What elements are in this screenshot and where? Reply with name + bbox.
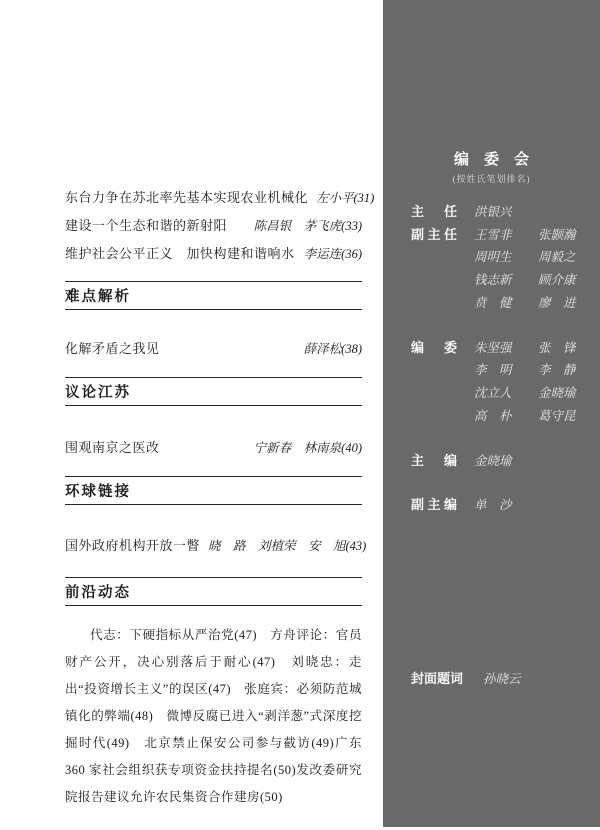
board-member-name: 金晓瑜: [474, 451, 526, 469]
board-member-name: 张 锋: [538, 338, 590, 356]
board-member-name: 葛守昆: [538, 406, 590, 424]
board-role-label: 副主编: [411, 494, 457, 513]
editorial-board-sidebar: 编委会 (按姓氏笔划排名) 主任 洪银兴 副主任 王雪非 张颢瀚 周明生 周毅之…: [383, 0, 600, 827]
board-row: 高 朴 葛守昆: [411, 406, 600, 429]
cover-credit-label: 封面题词: [411, 668, 463, 687]
article-title: 建设一个生态和谐的新射阳: [65, 215, 227, 234]
section-title: 难点解析: [65, 285, 131, 306]
section-header-band: 议论江苏: [65, 377, 362, 406]
board-member-name: 单 沙: [474, 495, 526, 513]
board-row: 贲 健 廖 进: [411, 293, 600, 316]
board-row: 主任 洪银兴: [411, 201, 600, 224]
board-member-name: 金晓瑜: [538, 383, 590, 401]
toc-article-row: 建设一个生态和谐的新射阳 陈昌银 茅飞虎(33): [65, 215, 362, 243]
board-member-name: 廖 进: [538, 293, 590, 311]
section-header-band: 环球链接: [65, 476, 362, 505]
toc-top-article-list: 东台力争在苏北率先基本实现农业机械化 左小平(31) 建设一个生态和谐的新射阳 …: [65, 187, 362, 271]
editorial-board-rows: 主任 洪银兴 副主任 王雪非 张颢瀚 周明生 周毅之 钱志新 顾介康 贲 健 廖…: [383, 201, 600, 517]
toc-article-row: 维护社会公平正义 加快构建和谐响水 李运连(36): [65, 243, 362, 271]
cover-calligraphy-credit: 封面题词 孙晓云: [411, 668, 521, 687]
article-author-page: 宁新春 林南泉(40): [254, 438, 362, 456]
board-member-name: 朱坚强: [474, 338, 526, 356]
article-title: 化解矛盾之我见: [65, 338, 160, 357]
board-member-name: 李 明: [474, 360, 526, 378]
board-member-name: 顾介康: [538, 270, 590, 288]
cover-credit-name: 孙晓云: [483, 669, 521, 687]
board-member-name: 贲 健: [474, 293, 526, 311]
section-title: 环球链接: [65, 480, 131, 501]
article-author-page: 左小平(31): [316, 188, 374, 206]
board-member-name: 周毅之: [538, 247, 590, 265]
board-row: 李 明 李 静: [411, 360, 600, 383]
article-title: 围观南京之医改: [65, 437, 160, 456]
section-title: 议论江苏: [65, 381, 131, 402]
board-row: 编委 朱坚强 张 锋: [411, 337, 600, 360]
board-role-label: 主编: [411, 450, 457, 469]
section-title: 前沿动态: [65, 581, 131, 602]
board-member-name: 王雪非: [474, 225, 526, 243]
board-member-name: 洪银兴: [474, 202, 526, 220]
article-title: 东台力争在苏北率先基本实现农业机械化: [65, 187, 308, 206]
toc-article-row: 东台力争在苏北率先基本实现农业机械化 左小平(31): [65, 187, 362, 215]
board-row: 主编 金晓瑜: [411, 450, 600, 473]
article-author-page: 李运连(36): [304, 244, 362, 262]
toc-article-row: 化解矛盾之我见 薛泽松(38): [65, 338, 362, 366]
board-member-name: 周明生: [474, 247, 526, 265]
board-row: 副主任 王雪非 张颢瀚: [411, 224, 600, 247]
article-title: 维护社会公平正义 加快构建和谐响水: [65, 243, 295, 262]
article-author-page: 薛泽松(38): [304, 339, 362, 357]
section-header-band: 前沿动态: [65, 577, 362, 606]
toc-article-row: 围观南京之医改 宁新春 林南泉(40): [65, 437, 362, 465]
board-role-label: 主任: [411, 201, 457, 220]
article-author-page: 陈昌银 茅飞虎(33): [254, 216, 362, 234]
board-row: 钱志新 顾介康: [411, 270, 600, 293]
board-row: 沈立人 金晓瑜: [411, 383, 600, 406]
board-row: 副主编 单 沙: [411, 494, 600, 517]
board-member-name: 李 静: [538, 360, 590, 378]
article-author-page: 晓 路 刘植荣 安 旭(43): [208, 536, 366, 554]
board-member-name: 高 朴: [474, 406, 526, 424]
board-row: 周明生 周毅之: [411, 247, 600, 270]
editorial-board-subtitle: (按姓氏笔划排名): [383, 172, 600, 185]
article-title: 国外政府机构开放一瞥: [65, 535, 200, 554]
board-role-label: 编委: [411, 337, 457, 356]
editorial-board-title: 编委会: [383, 148, 600, 169]
board-role-label: 副主任: [411, 224, 457, 243]
toc-article-row: 国外政府机构开放一瞥 晓 路 刘植荣 安 旭(43): [65, 535, 362, 563]
section-header-band: 难点解析: [65, 281, 362, 310]
board-member-name: 张颢瀚: [538, 225, 590, 243]
board-member-name: 钱志新: [474, 270, 526, 288]
board-member-name: 沈立人: [474, 383, 526, 401]
digest-paragraph: 代志：下硬指标从严治党(47) 方舟评论：官员财产公开，决心别落后于耐心(47)…: [65, 622, 362, 811]
